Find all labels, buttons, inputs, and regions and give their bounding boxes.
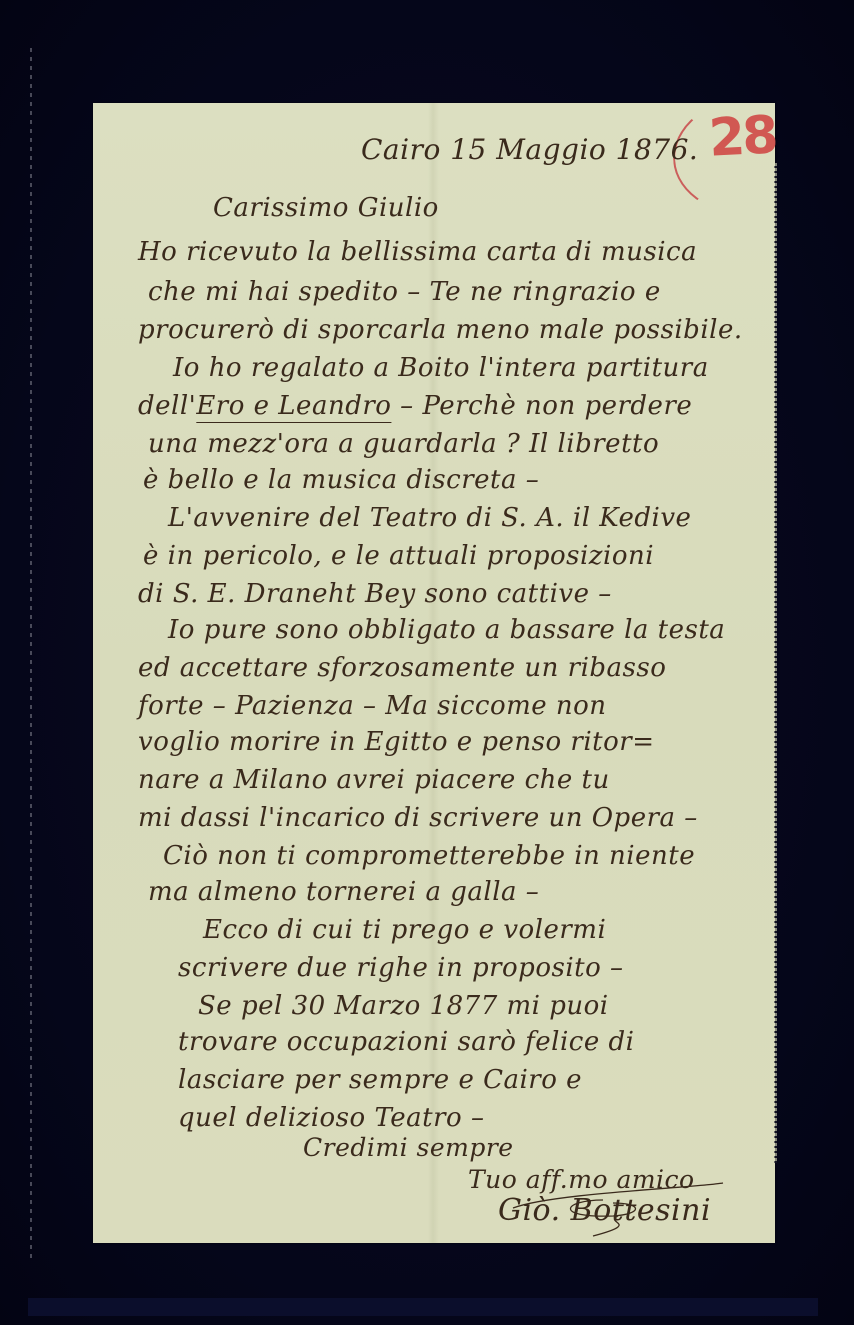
letter-text: dell' [138, 391, 196, 421]
letter-line: ed accettare sforzosamente un ribasso [138, 653, 666, 683]
letter-line: Ciò non ti comprometterebbe in niente [163, 841, 695, 871]
mount-bottom-band [28, 1298, 818, 1316]
letter-line: quel delizioso Teatro – [178, 1103, 484, 1133]
letter-line: è in pericolo, e le attuali proposizioni [143, 541, 654, 571]
letter-line: L'avvenire del Teatro di S. A. il Kedive [168, 503, 691, 533]
letter-line: lasciare per sempre e Cairo e [178, 1065, 582, 1095]
letter-line: forte – Pazienza – Ma siccome non [138, 691, 607, 721]
letter-salutation: Carissimo Giulio [213, 193, 439, 223]
mount-edge-line [30, 48, 32, 1258]
letter-line: scrivere due righe in proposito – [178, 953, 624, 983]
letter-line: è bello e la musica discreta – [143, 465, 539, 495]
letter-line: voglio morire in Egitto e penso ritor= [138, 727, 655, 757]
letter-page: 28 Cairo 15 Maggio 1876. Carissimo Giuli… [93, 103, 775, 1243]
letter-line: nare a Milano avrei piacere che tu [138, 765, 610, 795]
letter-line: una mezz'ora a guardarla ? Il libretto [148, 429, 659, 459]
letter-line: procurerò di sporcarla meno male possibi… [138, 315, 743, 345]
archive-number: 28 [707, 105, 776, 168]
letter-line: mi dassi l'incarico di scrivere un Opera… [138, 803, 698, 833]
paper-torn-edge [774, 163, 777, 1163]
letter-line: dell'Ero e Leandro – Perchè non perdere [138, 391, 692, 421]
letter-line: che mi hai spedito – Te ne ringrazio e [148, 277, 661, 307]
letter-date: Cairo 15 Maggio 1876. [361, 133, 698, 166]
letter-line: di S. E. Draneht Bey sono cattive – [138, 579, 612, 609]
letter-line: Io ho regalato a Boito l'intera partitur… [173, 353, 709, 383]
letter-text: – Perchè non perdere [391, 391, 692, 421]
letter-closing: Credimi sempre [303, 1133, 514, 1162]
letter-line: Se pel 30 Marzo 1877 mi puoi [198, 991, 609, 1021]
letter-line: Io pure sono obbligato a bassare la test… [168, 615, 725, 645]
letter-line: Ecco di cui ti prego e volermi [203, 915, 606, 945]
letter-line: ma almeno tornerei a galla – [148, 877, 539, 907]
letter-line: Ho ricevuto la bellissima carta di music… [138, 237, 697, 267]
letter-line: trovare occupazioni sarò felice di [178, 1027, 634, 1057]
signature-flourish [493, 1178, 733, 1238]
opera-title: Ero e Leandro [196, 391, 391, 421]
